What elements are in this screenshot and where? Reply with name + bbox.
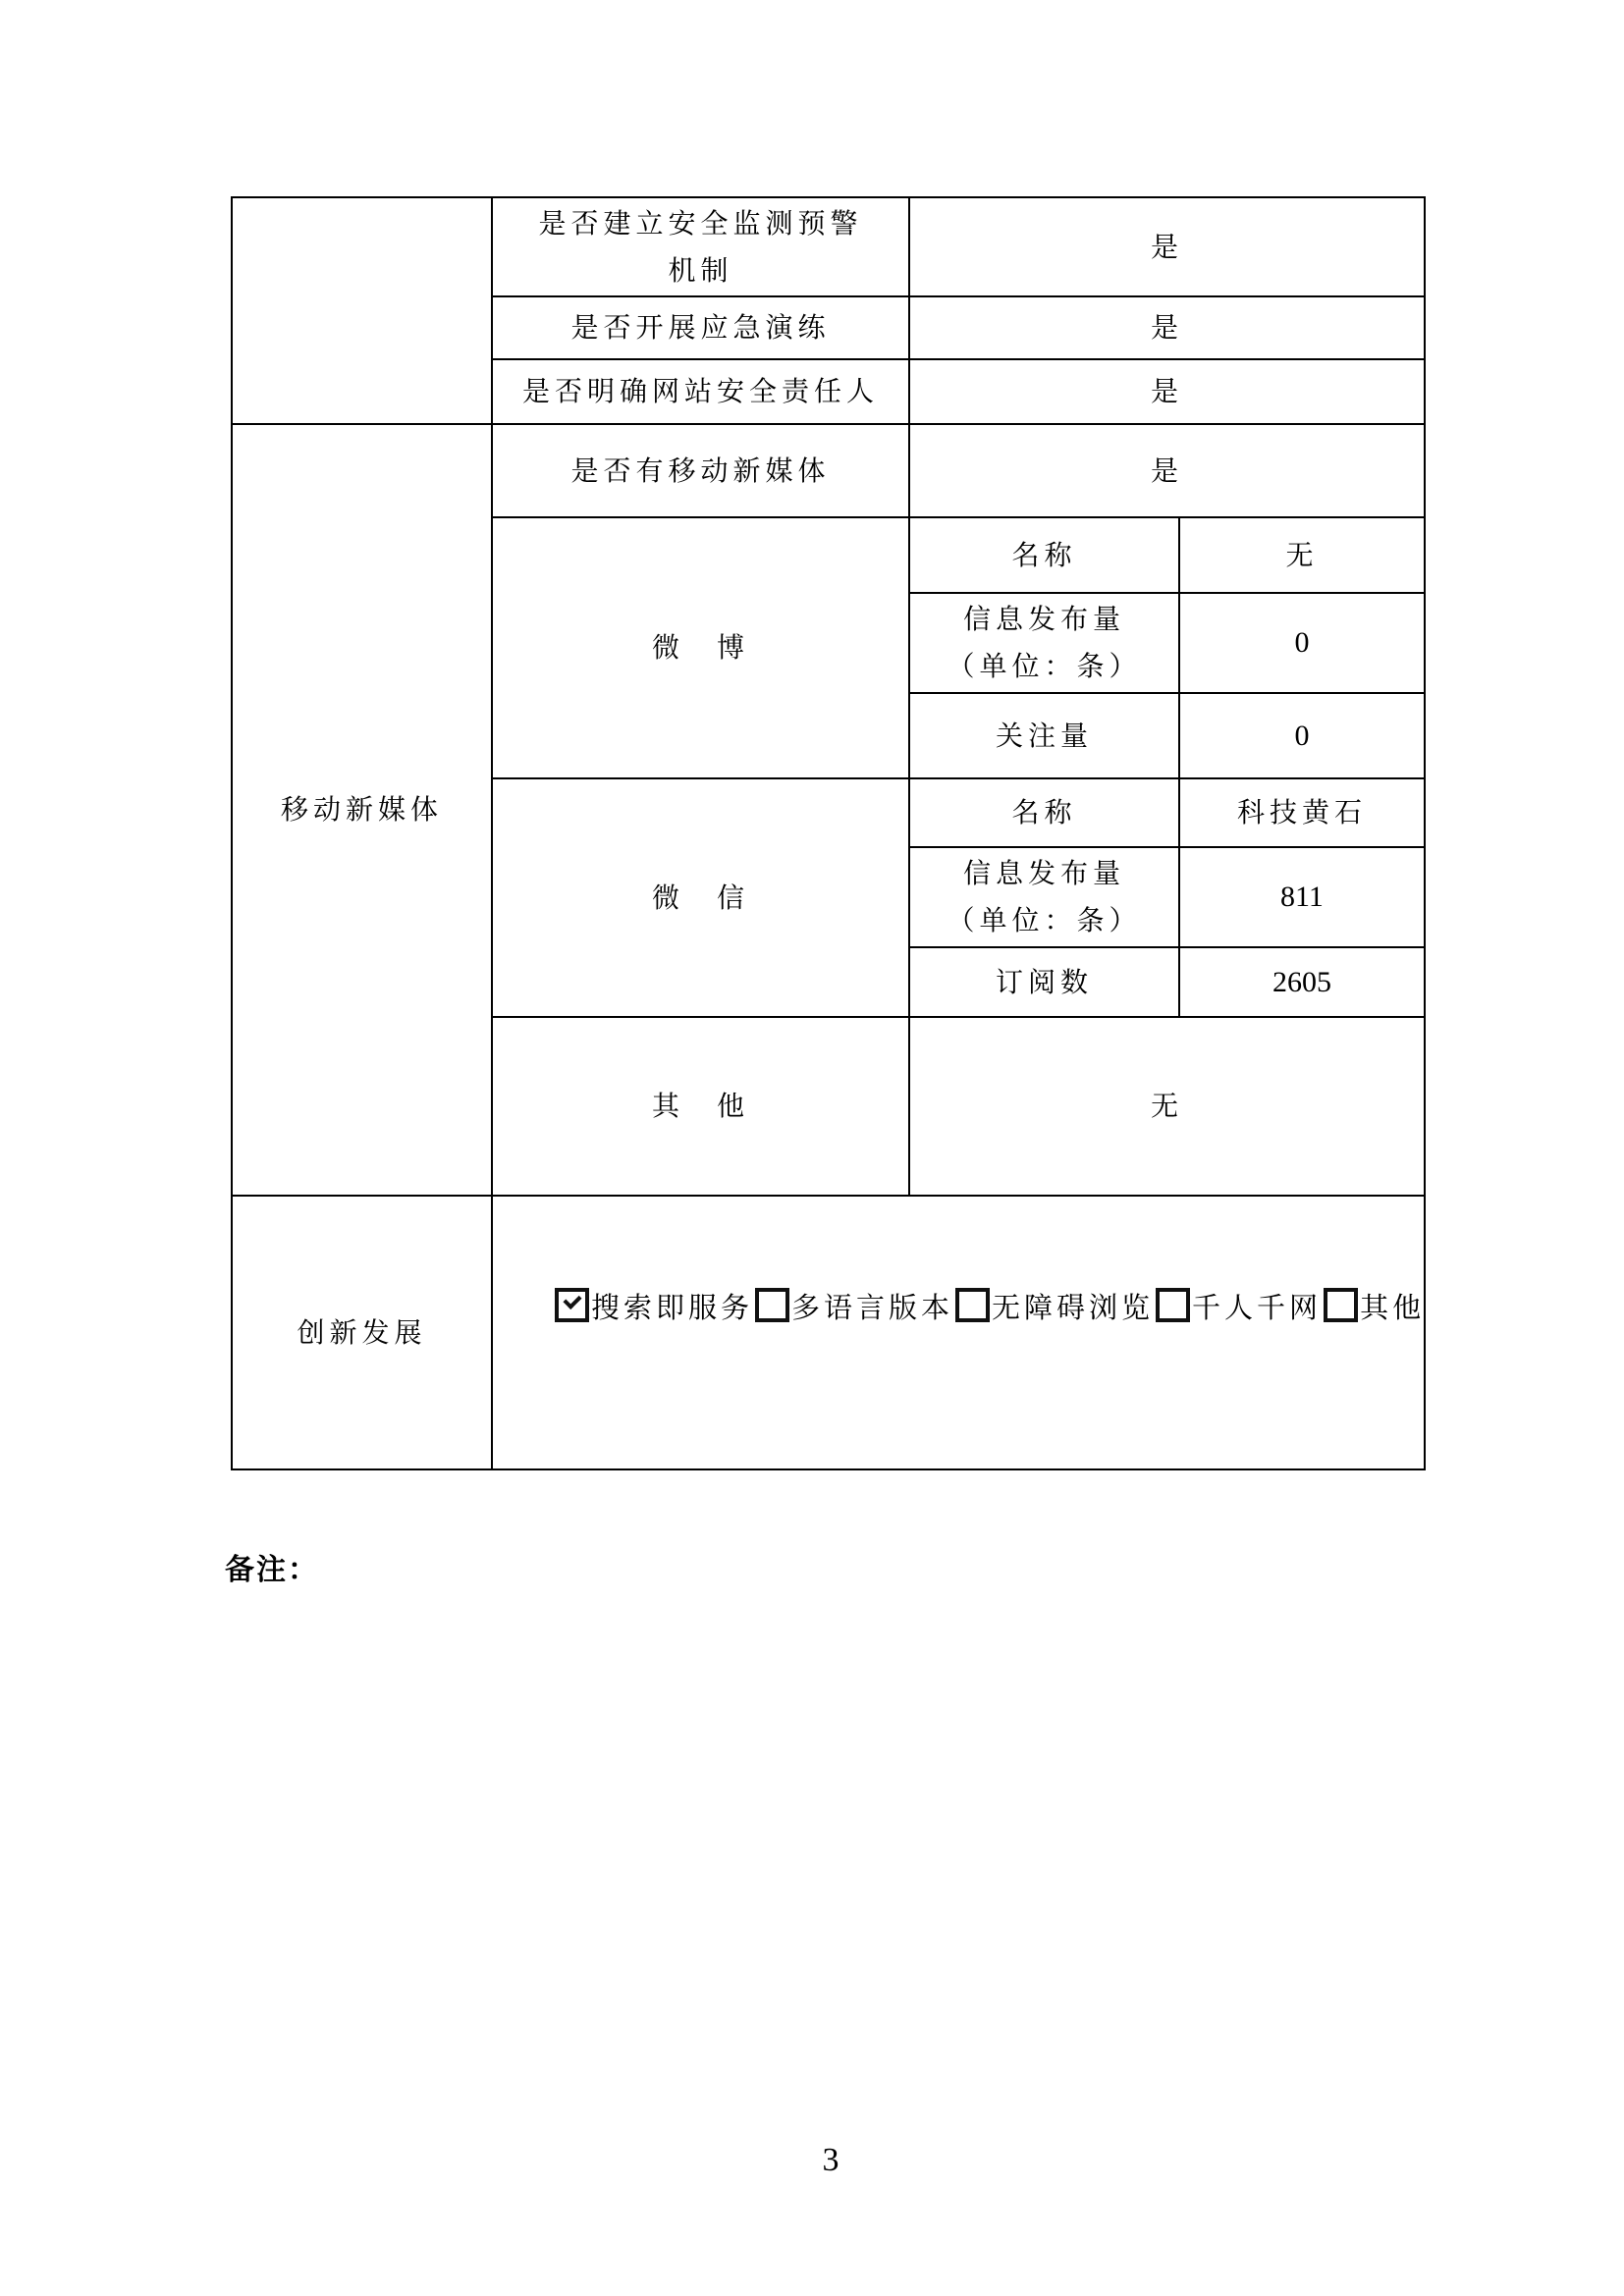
option-label: 其他: [1360, 1286, 1425, 1326]
wechat-post-count-label: 信息发布量 （单位：条）: [910, 848, 1178, 946]
page-number: 3: [811, 2142, 850, 2179]
mobile-media-section-label: 移动新媒体: [233, 425, 491, 1195]
checkbox-search-as-service[interactable]: [555, 1288, 589, 1322]
weibo-name-label: 名称: [910, 518, 1178, 592]
wechat-subscribers-value: 2605: [1180, 948, 1424, 1016]
security-officer-value: 是: [910, 360, 1424, 423]
label-line-2: （单位：条）: [947, 897, 1141, 944]
weibo-post-count-value: 0: [1180, 594, 1424, 692]
checkbox-other[interactable]: [1324, 1288, 1358, 1322]
weibo-followers-label: 关注量: [910, 694, 1178, 777]
emergency-drill-value: 是: [910, 297, 1424, 358]
remarks-label: 备注：: [225, 1545, 319, 1588]
option-label: 多语言版本: [791, 1286, 953, 1326]
wechat-name-value: 科技黄石: [1180, 779, 1424, 846]
other-media-label: 其 他: [493, 1018, 908, 1195]
wechat-name-label: 名称: [910, 779, 1178, 846]
wechat-label: 微 信: [493, 779, 908, 1016]
label-line-1: 是否建立安全监测预警: [538, 200, 862, 247]
document-page: 是否建立安全监测预警 机制 是 是否开展应急演练 是 是否明确网站安全责任人 是…: [0, 0, 1624, 2296]
label-line-1: 信息发布量: [963, 850, 1125, 897]
weibo-name-value: 无: [1180, 518, 1424, 592]
security-monitoring-value: 是: [910, 198, 1424, 295]
table-border-bottom: [231, 1468, 1426, 1470]
checkbox-multilingual[interactable]: [755, 1288, 789, 1322]
emergency-drill-label: 是否开展应急演练: [493, 297, 908, 358]
security-monitoring-label: 是否建立安全监测预警 机制: [493, 198, 908, 295]
weibo-post-count-label: 信息发布量 （单位：条）: [910, 594, 1178, 692]
other-media-value: 无: [910, 1018, 1424, 1195]
option-label: 千人千网: [1192, 1286, 1322, 1326]
innovation-section-label: 创新发展: [233, 1197, 491, 1468]
option-label: 无障碍浏览: [992, 1286, 1154, 1326]
checkbox-accessibility[interactable]: [955, 1288, 990, 1322]
table-border-right: [1424, 196, 1426, 1470]
wechat-subscribers-label: 订阅数: [910, 948, 1178, 1016]
has-mobile-media-label: 是否有移动新媒体: [493, 425, 908, 516]
label-line-2: 机制: [668, 247, 732, 294]
label-line-2: （单位：条）: [947, 643, 1141, 690]
checkbox-personalized[interactable]: [1156, 1288, 1190, 1322]
innovation-options: 搜索即服务 多语言版本 无障碍浏览 千人千网 其他: [555, 1286, 1427, 1326]
has-mobile-media-value: 是: [910, 425, 1424, 516]
wechat-post-count-value: 811: [1180, 848, 1424, 946]
security-officer-label: 是否明确网站安全责任人: [493, 360, 908, 423]
option-label: 搜索即服务: [591, 1286, 753, 1326]
weibo-followers-value: 0: [1180, 694, 1424, 777]
weibo-label: 微 博: [493, 518, 908, 777]
label-line-1: 信息发布量: [963, 596, 1125, 643]
